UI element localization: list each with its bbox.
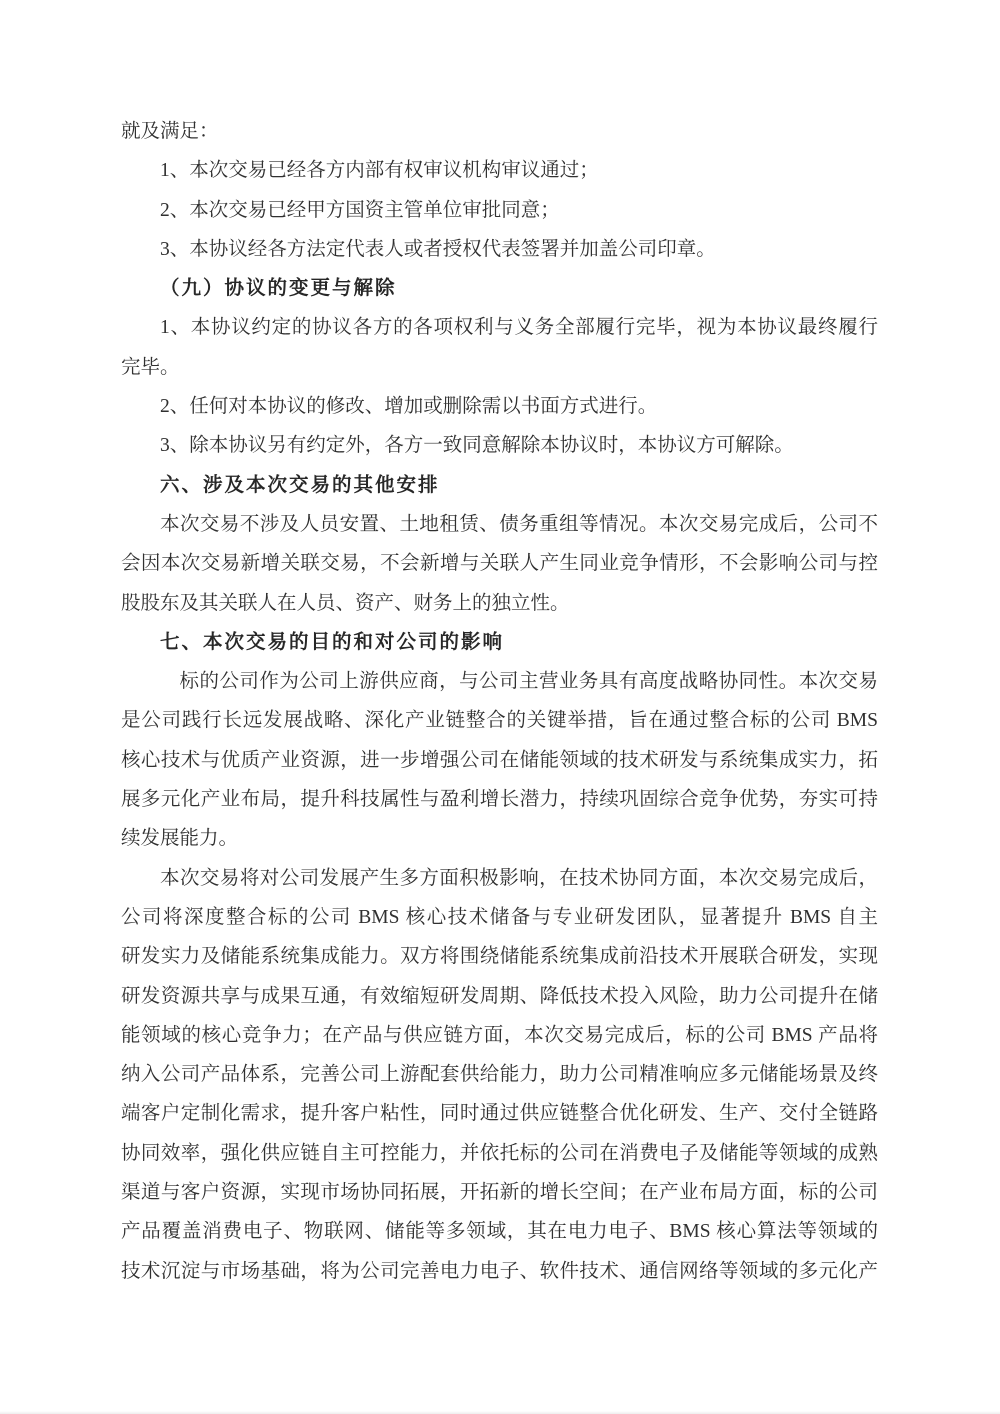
text-line: 股股东及其关联人在人员、资产、财务上的独立性。 xyxy=(121,584,878,623)
text-line: 完毕。 xyxy=(121,348,878,387)
text-line: 是公司践行长远发展战略、深化产业链整合的关键举措，旨在通过整合标的公司 BMS xyxy=(121,701,878,740)
sub-section-heading: （九）协议的变更与解除 xyxy=(121,269,878,308)
text-line: 标的公司作为公司上游供应商，与公司主营业务具有高度战略协同性。本次交易 xyxy=(121,662,878,701)
section-heading: 六、涉及本次交易的其他安排 xyxy=(121,466,878,505)
text-line: 产品覆盖消费电子、物联网、储能等多领域，其在电力电子、BMS 核心算法等领域的 xyxy=(121,1212,878,1251)
text-line: 会因本次交易新增关联交易，不会新增与关联人产生同业竞争情形，不会影响公司与控 xyxy=(121,544,878,583)
text-line: 续发展能力。 xyxy=(121,819,878,858)
text-line: 3、本协议经各方法定代表人或者授权代表签署并加盖公司印章。 xyxy=(121,230,878,269)
text-line: 研发实力及储能系统集成能力。双方将围绕储能系统集成前沿技术开展联合研发，实现 xyxy=(121,937,878,976)
text-line: 2、任何对本协议的修改、增加或删除需以书面方式进行。 xyxy=(121,387,878,426)
text-line: 本次交易不涉及人员安置、土地租赁、债务重组等情况。本次交易完成后，公司不 xyxy=(121,505,878,544)
text-line: 协同效率，强化供应链自主可控能力，并依托标的公司在消费电子及储能等领域的成熟 xyxy=(121,1134,878,1173)
text-line: 3、除本协议另有约定外，各方一致同意解除本协议时，本协议方可解除。 xyxy=(121,426,878,465)
text-line: 纳入公司产品体系，完善公司上游配套供给能力，助力公司精准响应多元储能场景及终 xyxy=(121,1055,878,1094)
text-line: 端客户定制化需求，提升客户粘性，同时通过供应链整合优化研发、生产、交付全链路 xyxy=(121,1094,878,1133)
text-line: 渠道与客户资源，实现市场协同拓展，开拓新的增长空间；在产业布局方面，标的公司 xyxy=(121,1173,878,1212)
text-line: 技术沉淀与市场基础，将为公司完善电力电子、软件技术、通信网络等领域的多元化产 xyxy=(121,1252,878,1291)
text-line: 能领域的核心竞争力；在产品与供应链方面，本次交易完成后，标的公司 BMS 产品将 xyxy=(121,1016,878,1055)
text-line: 就及满足： xyxy=(121,112,878,151)
text-line: 1、本次交易已经各方内部有权审议机构审议通过； xyxy=(121,151,878,190)
text-line: 核心技术与优质产业资源，进一步增强公司在储能领域的技术研发与系统集成实力，拓 xyxy=(121,741,878,780)
document-page: 就及满足：1、本次交易已经各方内部有权审议机构审议通过；2、本次交易已经甲方国资… xyxy=(0,0,1000,1414)
text-line: 展多元化产业布局，提升科技属性与盈利增长潜力，持续巩固综合竞争优势，夯实可持 xyxy=(121,780,878,819)
text-line: 2、本次交易已经甲方国资主管单位审批同意； xyxy=(121,191,878,230)
text-line: 公司将深度整合标的公司 BMS 核心技术储备与专业研发团队，显著提升 BMS 自… xyxy=(121,898,878,937)
document-body: 就及满足：1、本次交易已经各方内部有权审议机构审议通过；2、本次交易已经甲方国资… xyxy=(121,112,878,1291)
text-line: 研发资源共享与成果互通，有效缩短研发周期、降低技术投入风险，助力公司提升在储 xyxy=(121,977,878,1016)
text-line: 本次交易将对公司发展产生多方面积极影响，在技术协同方面，本次交易完成后， xyxy=(121,859,878,898)
text-line: 1、本协议约定的协议各方的各项权利与义务全部履行完毕，视为本协议最终履行 xyxy=(121,308,878,347)
section-heading: 七、本次交易的目的和对公司的影响 xyxy=(121,623,878,662)
